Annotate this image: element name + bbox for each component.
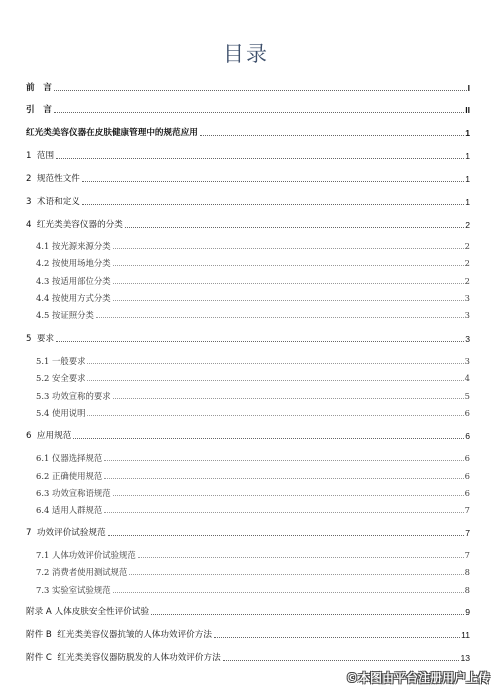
toc-subentry[interactable]: 6.3 功效宣称语规范6 (36, 485, 470, 499)
watermark: ©本图由平台注册用户上传 (346, 669, 490, 686)
toc-entry-page: 6 (465, 452, 470, 464)
toc-entry-label: 3 术语和定义 (26, 196, 80, 208)
toc-entry[interactable]: 3 术语和定义1 (26, 194, 470, 208)
toc-entry[interactable]: 5 要求3 (26, 331, 470, 345)
toc-entry-page: 3 (465, 355, 470, 367)
toc-entry-label: 7.1 人体功效评价试验规范 (36, 549, 136, 561)
toc-entry-label: 附件 B 红光类美容仪器抗皱的人体功效评价方法 (26, 629, 212, 641)
toc-subentry[interactable]: 6.2 正确使用规范6 (36, 468, 470, 482)
toc-entry[interactable]: 1 范围1 (26, 148, 470, 162)
toc-entry-page: I (468, 82, 470, 94)
toc-entry-page: 3 (465, 333, 470, 345)
leader-dots (87, 379, 463, 381)
toc-entry[interactable]: 前 言I (26, 80, 470, 94)
leader-dots (125, 226, 464, 228)
toc-entry-page: 7 (465, 504, 470, 516)
toc-entry-page: 8 (465, 584, 470, 596)
table-of-contents: 前 言I 引 言II 红光类美容仪器在皮肤健康管理中的规范应用1 1 范围1 2… (0, 0, 492, 689)
leader-dots (113, 264, 464, 266)
toc-entry-page: 6 (465, 487, 470, 499)
toc-entry-label: 5.3 功效宣称的要求 (36, 390, 111, 402)
toc-entry-page: 6 (465, 430, 470, 442)
toc-entry-page: 4 (465, 372, 470, 384)
leader-dots (200, 134, 464, 136)
leader-dots (104, 511, 463, 513)
toc-entry[interactable]: 引 言II (26, 102, 470, 116)
toc-entry-page: 7 (465, 527, 470, 539)
toc-entry-label: 前 言 (26, 82, 52, 94)
toc-entry-page: 2 (465, 275, 470, 287)
toc-entry-label: 7 功效评价试验规范 (26, 527, 106, 539)
toc-subentry[interactable]: 4.2 按使用场地分类2 (36, 255, 470, 269)
toc-entry-page: 1 (465, 173, 470, 185)
toc-subentry[interactable]: 5.1 一般要求3 (36, 353, 470, 367)
toc-entry-label: 7.2 消费者使用测试规范 (36, 566, 127, 578)
toc-entry-label: 2 规范性文件 (26, 173, 80, 185)
toc-entry-label: 4.5 按证照分类 (36, 309, 94, 321)
toc-entry-label: 5.1 一般要求 (36, 355, 85, 367)
toc-entry-label: 4.3 按适用部位分类 (36, 275, 111, 287)
toc-entry-label: 附录 A 人体皮肤安全性评价试验 (26, 606, 149, 618)
toc-entry[interactable]: 红光类美容仪器在皮肤健康管理中的规范应用1 (26, 125, 470, 139)
leader-dots (87, 362, 463, 364)
leader-dots (129, 573, 463, 575)
toc-entry-label: 6.1 仪器选择规范 (36, 452, 102, 464)
toc-entry-label: 4.1 按光源来源分类 (36, 240, 111, 252)
toc-entry-label: 红光类美容仪器在皮肤健康管理中的规范应用 (26, 127, 198, 139)
leader-dots (113, 247, 464, 249)
toc-entry-label: 4.4 按使用方式分类 (36, 292, 111, 304)
toc-subentry[interactable]: 6.4 适用人群规范7 (36, 502, 470, 516)
toc-entry-page: 3 (465, 309, 470, 321)
toc-entry-label: 4.2 按使用场地分类 (36, 257, 111, 269)
leader-dots (96, 316, 464, 318)
toc-subentry[interactable]: 6.1 仪器选择规范6 (36, 450, 470, 464)
toc-entry-page: 9 (465, 606, 470, 618)
toc-entry[interactable]: 附录 A 人体皮肤安全性评价试验9 (26, 604, 470, 618)
leader-dots (108, 534, 465, 536)
toc-subentry[interactable]: 7.1 人体功效评价试验规范7 (36, 547, 470, 561)
toc-subentry[interactable]: 4.5 按证照分类3 (36, 307, 470, 321)
leader-dots (54, 111, 464, 113)
toc-entry-label: 6 应用规范 (26, 430, 71, 442)
toc-subentry[interactable]: 4.4 按使用方式分类3 (36, 290, 470, 304)
toc-entry-label: 附件 C 红光类美容仪器防脱发的人体功效评价方法 (26, 652, 221, 664)
leader-dots (56, 340, 464, 342)
toc-entry[interactable]: 附件 C 红光类美容仪器防脱发的人体功效评价方法13 (26, 650, 470, 664)
toc-subentry[interactable]: 5.4 使用说明6 (36, 405, 470, 419)
toc-entry-label: 6.3 功效宣称语规范 (36, 487, 111, 499)
leader-dots (113, 397, 464, 399)
toc-entry-page: 11 (461, 629, 470, 641)
toc-entry-page: II (465, 104, 470, 116)
leader-dots (223, 659, 460, 661)
toc-entry-page: 2 (465, 240, 470, 252)
leader-dots (104, 477, 463, 479)
leader-dots (54, 89, 467, 91)
toc-entry[interactable]: 4 红光类美容仪器的分类2 (26, 217, 470, 231)
toc-entry-label: 6.4 适用人群规范 (36, 504, 102, 516)
leader-dots (82, 180, 464, 182)
toc-subentry[interactable]: 5.2 安全要求4 (36, 370, 470, 384)
leader-dots (113, 494, 464, 496)
toc-entry-page: 8 (465, 566, 470, 578)
toc-entry-label: 引 言 (26, 104, 52, 116)
toc-entry-page: 5 (465, 390, 470, 402)
toc-subentry[interactable]: 5.3 功效宣称的要求5 (36, 388, 470, 402)
toc-entry-page: 13 (460, 652, 470, 664)
toc-entry-page: 1 (465, 196, 470, 208)
toc-entry-page: 2 (465, 257, 470, 269)
toc-entry-label: 5 要求 (26, 333, 54, 345)
toc-entry[interactable]: 6 应用规范6 (26, 428, 470, 442)
leader-dots (113, 299, 464, 301)
toc-entry-page: 6 (465, 470, 470, 482)
toc-subentry[interactable]: 7.3 实验室试验规范8 (36, 582, 470, 596)
leader-dots (138, 556, 464, 558)
leader-dots (73, 437, 464, 439)
leader-dots (87, 414, 463, 416)
toc-entry-label: 5.2 安全要求 (36, 372, 85, 384)
toc-entry-label: 4 红光类美容仪器的分类 (26, 219, 123, 231)
toc-entry-page: 3 (465, 292, 470, 304)
leader-dots (113, 282, 464, 284)
toc-entry-label: 5.4 使用说明 (36, 407, 85, 419)
toc-subentry[interactable]: 4.1 按光源来源分类2 (36, 238, 470, 252)
leader-dots (151, 613, 464, 615)
toc-subentry[interactable]: 4.3 按适用部位分类2 (36, 273, 470, 287)
toc-entry-page: 1 (465, 127, 470, 139)
toc-entry-label: 6.2 正确使用规范 (36, 470, 102, 482)
toc-entry-page: 1 (465, 150, 470, 162)
toc-entry[interactable]: 2 规范性文件1 (26, 171, 470, 185)
leader-dots (82, 203, 464, 205)
toc-subentry[interactable]: 7.2 消费者使用测试规范8 (36, 564, 470, 578)
leader-dots (113, 591, 464, 593)
toc-entry[interactable]: 附件 B 红光类美容仪器抗皱的人体功效评价方法11 (26, 627, 470, 641)
toc-entry-page: 7 (465, 549, 470, 561)
toc-entry[interactable]: 7 功效评价试验规范7 (26, 525, 470, 539)
toc-entry-page: 6 (465, 407, 470, 419)
toc-entry-label: 7.3 实验室试验规范 (36, 584, 111, 596)
toc-entry-page: 2 (465, 219, 470, 231)
toc-entry-label: 1 范围 (26, 150, 54, 162)
leader-dots (56, 157, 464, 159)
leader-dots (104, 459, 463, 461)
leader-dots (214, 636, 460, 638)
